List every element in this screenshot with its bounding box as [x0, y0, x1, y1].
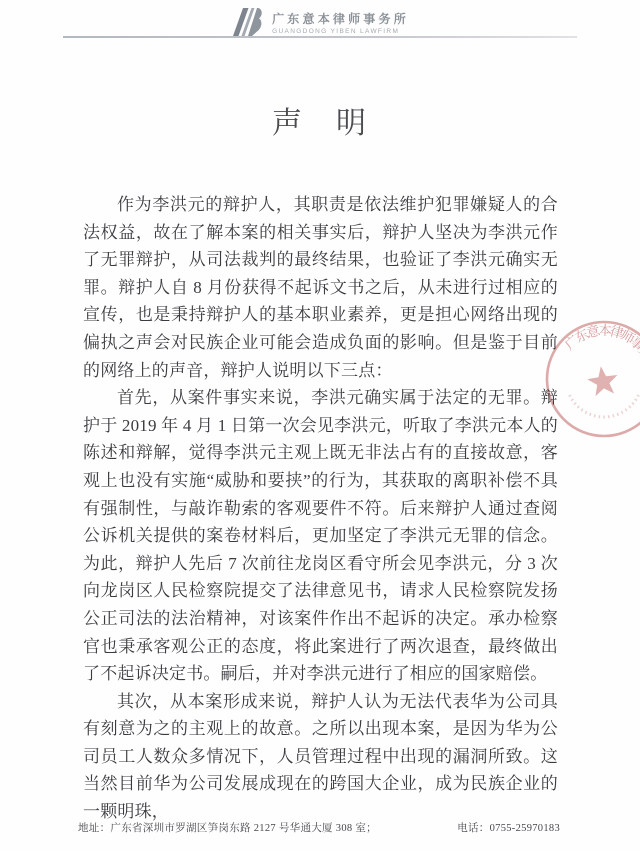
page-footer: 地址：广东省深圳市罗湖区笋岗东路 2127 号华通大厦 308 室； 电话：07…: [78, 820, 560, 835]
paragraph-2: 首先，从案件事实来说，李洪元确实属于法定的无罪。辩护于 2019 年 4 月 1…: [83, 384, 558, 688]
firm-logo-mark-icon: [231, 7, 264, 37]
firm-name-cn: 广东意本律师事务所: [272, 10, 409, 27]
firm-logo: 广东意本律师事务所 GUANGDONG YIBEN LAWFIRM: [231, 7, 409, 37]
letterhead: 广东意本律师事务所 GUANGDONG YIBEN LAWFIRM: [0, 7, 640, 37]
document-title: 声 明: [0, 98, 640, 142]
document-body: 作为李洪元的辩护人，其职责是依法维护犯罪嫌疑人的合法权益，故在了解本案的相关事实…: [83, 191, 558, 826]
phone-text: 电话：0755-25970183: [457, 820, 560, 835]
header-divider: [63, 36, 577, 38]
seal-microtext: [570, 395, 639, 417]
address-text: 地址：广东省深圳市罗湖区笋岗东路 2127 号华通大厦 308 室；: [78, 820, 377, 835]
firm-logo-text: 广东意本律师事务所 GUANGDONG YIBEN LAWFIRM: [272, 10, 409, 35]
official-seal: 广东意本律师事务所: [519, 294, 640, 464]
document-page: 广东意本律师事务所 GUANGDONG YIBEN LAWFIRM 声 明 作为…: [0, 0, 640, 851]
paragraph-3: 其次，从本案形成来说，辩护人认为无法代表华为公司具有刻意为之的主观上的故意。之所…: [83, 688, 558, 826]
seal-star-icon: [587, 366, 617, 396]
firm-name-en: GUANGDONG YIBEN LAWFIRM: [272, 28, 399, 35]
paragraph-1: 作为李洪元的辩护人，其职责是依法维护犯罪嫌疑人的合法权益，故在了解本案的相关事实…: [83, 191, 558, 384]
